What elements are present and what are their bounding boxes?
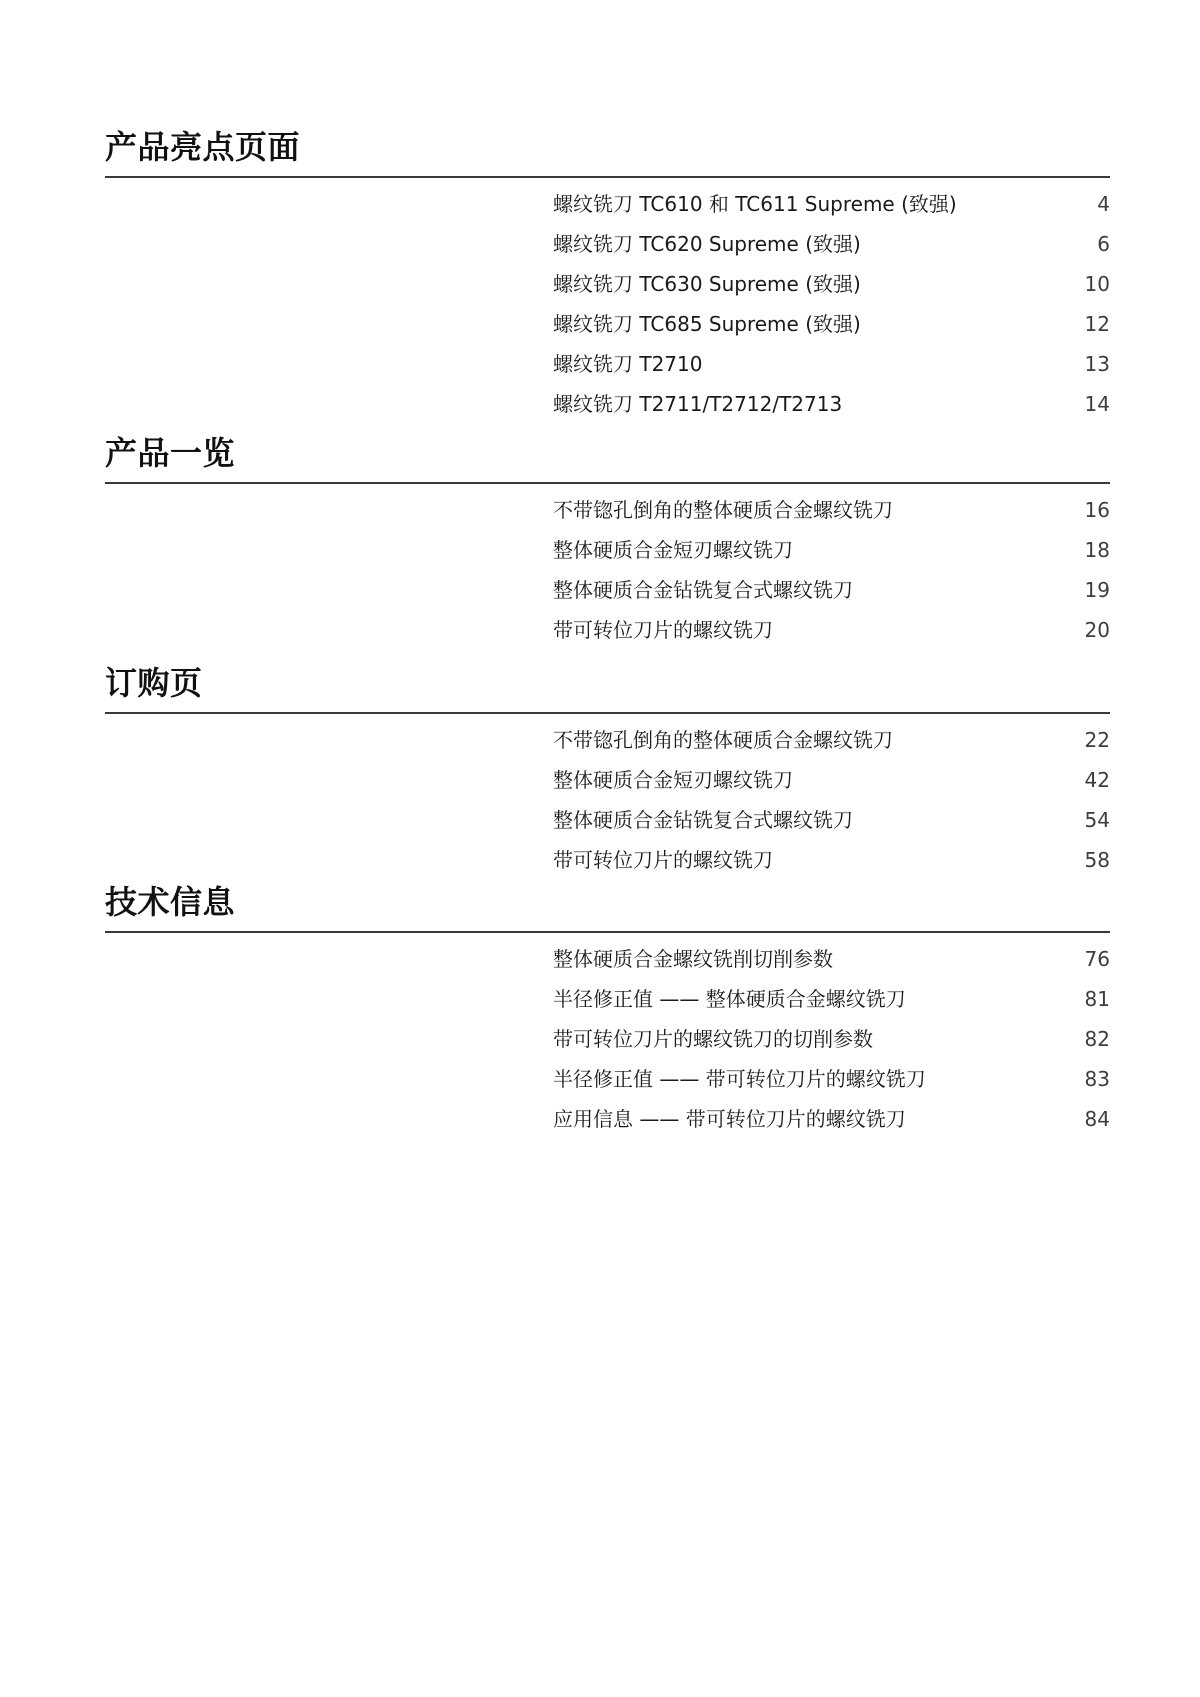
toc-entry[interactable]: 带可转位刀片的螺纹铣刀的切削参数82 xyxy=(105,1019,1110,1059)
toc-section-4: 技术信息整体硬质合金螺纹铣削切削参数76半径修正值 —— 整体硬质合金螺纹铣刀8… xyxy=(105,885,1110,1139)
toc-entry[interactable]: 螺纹铣刀 TC630 Supreme (致强)10 xyxy=(105,264,1110,304)
toc-entry-page-number: 12 xyxy=(1076,304,1110,344)
toc-entry-label: 整体硬质合金钻铣复合式螺纹铣刀 xyxy=(553,570,1076,610)
toc-entry-page-number: 4 xyxy=(1076,184,1110,224)
toc-entry-list: 不带锪孔倒角的整体硬质合金螺纹铣刀16整体硬质合金短刃螺纹铣刀18整体硬质合金钻… xyxy=(105,484,1110,650)
toc-entry-list: 不带锪孔倒角的整体硬质合金螺纹铣刀22整体硬质合金短刃螺纹铣刀42整体硬质合金钻… xyxy=(105,714,1110,880)
toc-entry[interactable]: 带可转位刀片的螺纹铣刀20 xyxy=(105,610,1110,650)
toc-entry-label: 带可转位刀片的螺纹铣刀 xyxy=(553,610,1076,650)
toc-entry-label: 不带锪孔倒角的整体硬质合金螺纹铣刀 xyxy=(553,490,1076,530)
toc-entry[interactable]: 半径修正值 —— 带可转位刀片的螺纹铣刀83 xyxy=(105,1059,1110,1099)
toc-entry-page-number: 58 xyxy=(1076,840,1110,880)
toc-entry-page-number: 10 xyxy=(1076,264,1110,304)
section-title: 订购页 xyxy=(105,666,1110,700)
toc-entry-page-number: 83 xyxy=(1076,1059,1110,1099)
toc-entry[interactable]: 整体硬质合金钻铣复合式螺纹铣刀19 xyxy=(105,570,1110,610)
toc-entry-page-number: 20 xyxy=(1076,610,1110,650)
toc-section-1: 产品亮点页面螺纹铣刀 TC610 和 TC611 Supreme (致强)4螺纹… xyxy=(105,130,1110,424)
toc-entry-page-number: 16 xyxy=(1076,490,1110,530)
toc-entry-label: 应用信息 —— 带可转位刀片的螺纹铣刀 xyxy=(553,1099,1076,1139)
toc-entry[interactable]: 半径修正值 —— 整体硬质合金螺纹铣刀81 xyxy=(105,979,1110,1019)
toc-entry-page-number: 14 xyxy=(1076,384,1110,424)
section-title: 产品一览 xyxy=(105,436,1110,470)
toc-entry[interactable]: 整体硬质合金短刃螺纹铣刀42 xyxy=(105,760,1110,800)
toc-entry-page-number: 42 xyxy=(1076,760,1110,800)
toc-entry-page-number: 19 xyxy=(1076,570,1110,610)
toc-entry-label: 螺纹铣刀 TC620 Supreme (致强) xyxy=(553,224,1076,264)
toc-entry[interactable]: 螺纹铣刀 TC685 Supreme (致强)12 xyxy=(105,304,1110,344)
toc-entry[interactable]: 螺纹铣刀 TC610 和 TC611 Supreme (致强)4 xyxy=(105,184,1110,224)
toc-entry-label: 半径修正值 —— 整体硬质合金螺纹铣刀 xyxy=(553,979,1076,1019)
toc-entry-label: 螺纹铣刀 T2710 xyxy=(553,344,1076,384)
toc-entry-label: 带可转位刀片的螺纹铣刀的切削参数 xyxy=(553,1019,1076,1059)
toc-entry[interactable]: 应用信息 —— 带可转位刀片的螺纹铣刀84 xyxy=(105,1099,1110,1139)
section-title: 产品亮点页面 xyxy=(105,130,1110,164)
toc-section-2: 产品一览不带锪孔倒角的整体硬质合金螺纹铣刀16整体硬质合金短刃螺纹铣刀18整体硬… xyxy=(105,436,1110,650)
toc-entry[interactable]: 整体硬质合金螺纹铣削切削参数76 xyxy=(105,939,1110,979)
toc-entry[interactable]: 整体硬质合金钻铣复合式螺纹铣刀54 xyxy=(105,800,1110,840)
toc-entry-list: 整体硬质合金螺纹铣削切削参数76半径修正值 —— 整体硬质合金螺纹铣刀81带可转… xyxy=(105,933,1110,1139)
toc-entry-label: 螺纹铣刀 TC630 Supreme (致强) xyxy=(553,264,1076,304)
catalog-toc-page: 产品亮点页面螺纹铣刀 TC610 和 TC611 Supreme (致强)4螺纹… xyxy=(0,0,1200,1697)
toc-entry-page-number: 6 xyxy=(1076,224,1110,264)
toc-entry-page-number: 22 xyxy=(1076,720,1110,760)
toc-entry-label: 整体硬质合金螺纹铣削切削参数 xyxy=(553,939,1076,979)
toc-entry-page-number: 81 xyxy=(1076,979,1110,1019)
toc-entry-page-number: 84 xyxy=(1076,1099,1110,1139)
toc-entry-label: 螺纹铣刀 TC685 Supreme (致强) xyxy=(553,304,1076,344)
toc-entry-page-number: 13 xyxy=(1076,344,1110,384)
toc-entry[interactable]: 螺纹铣刀 T2711/T2712/T271314 xyxy=(105,384,1110,424)
toc-entry-page-number: 76 xyxy=(1076,939,1110,979)
toc-entry-label: 整体硬质合金短刃螺纹铣刀 xyxy=(553,760,1076,800)
toc-entry-page-number: 18 xyxy=(1076,530,1110,570)
toc-entry-label: 不带锪孔倒角的整体硬质合金螺纹铣刀 xyxy=(553,720,1076,760)
toc-entry-label: 整体硬质合金钻铣复合式螺纹铣刀 xyxy=(553,800,1076,840)
toc-entry-label: 螺纹铣刀 T2711/T2712/T2713 xyxy=(553,384,1076,424)
toc-entry-page-number: 54 xyxy=(1076,800,1110,840)
toc-entry[interactable]: 带可转位刀片的螺纹铣刀58 xyxy=(105,840,1110,880)
toc-entry[interactable]: 不带锪孔倒角的整体硬质合金螺纹铣刀22 xyxy=(105,720,1110,760)
toc-entry[interactable]: 不带锪孔倒角的整体硬质合金螺纹铣刀16 xyxy=(105,490,1110,530)
toc-entry[interactable]: 螺纹铣刀 T271013 xyxy=(105,344,1110,384)
toc-entry-list: 螺纹铣刀 TC610 和 TC611 Supreme (致强)4螺纹铣刀 TC6… xyxy=(105,178,1110,424)
toc-entry-label: 整体硬质合金短刃螺纹铣刀 xyxy=(553,530,1076,570)
toc-section-3: 订购页不带锪孔倒角的整体硬质合金螺纹铣刀22整体硬质合金短刃螺纹铣刀42整体硬质… xyxy=(105,666,1110,880)
toc-entry-label: 带可转位刀片的螺纹铣刀 xyxy=(553,840,1076,880)
toc-entry-page-number: 82 xyxy=(1076,1019,1110,1059)
toc-entry[interactable]: 螺纹铣刀 TC620 Supreme (致强)6 xyxy=(105,224,1110,264)
toc-entry-label: 螺纹铣刀 TC610 和 TC611 Supreme (致强) xyxy=(553,184,1076,224)
toc-entry-label: 半径修正值 —— 带可转位刀片的螺纹铣刀 xyxy=(553,1059,1076,1099)
section-title: 技术信息 xyxy=(105,885,1110,919)
toc-entry[interactable]: 整体硬质合金短刃螺纹铣刀18 xyxy=(105,530,1110,570)
